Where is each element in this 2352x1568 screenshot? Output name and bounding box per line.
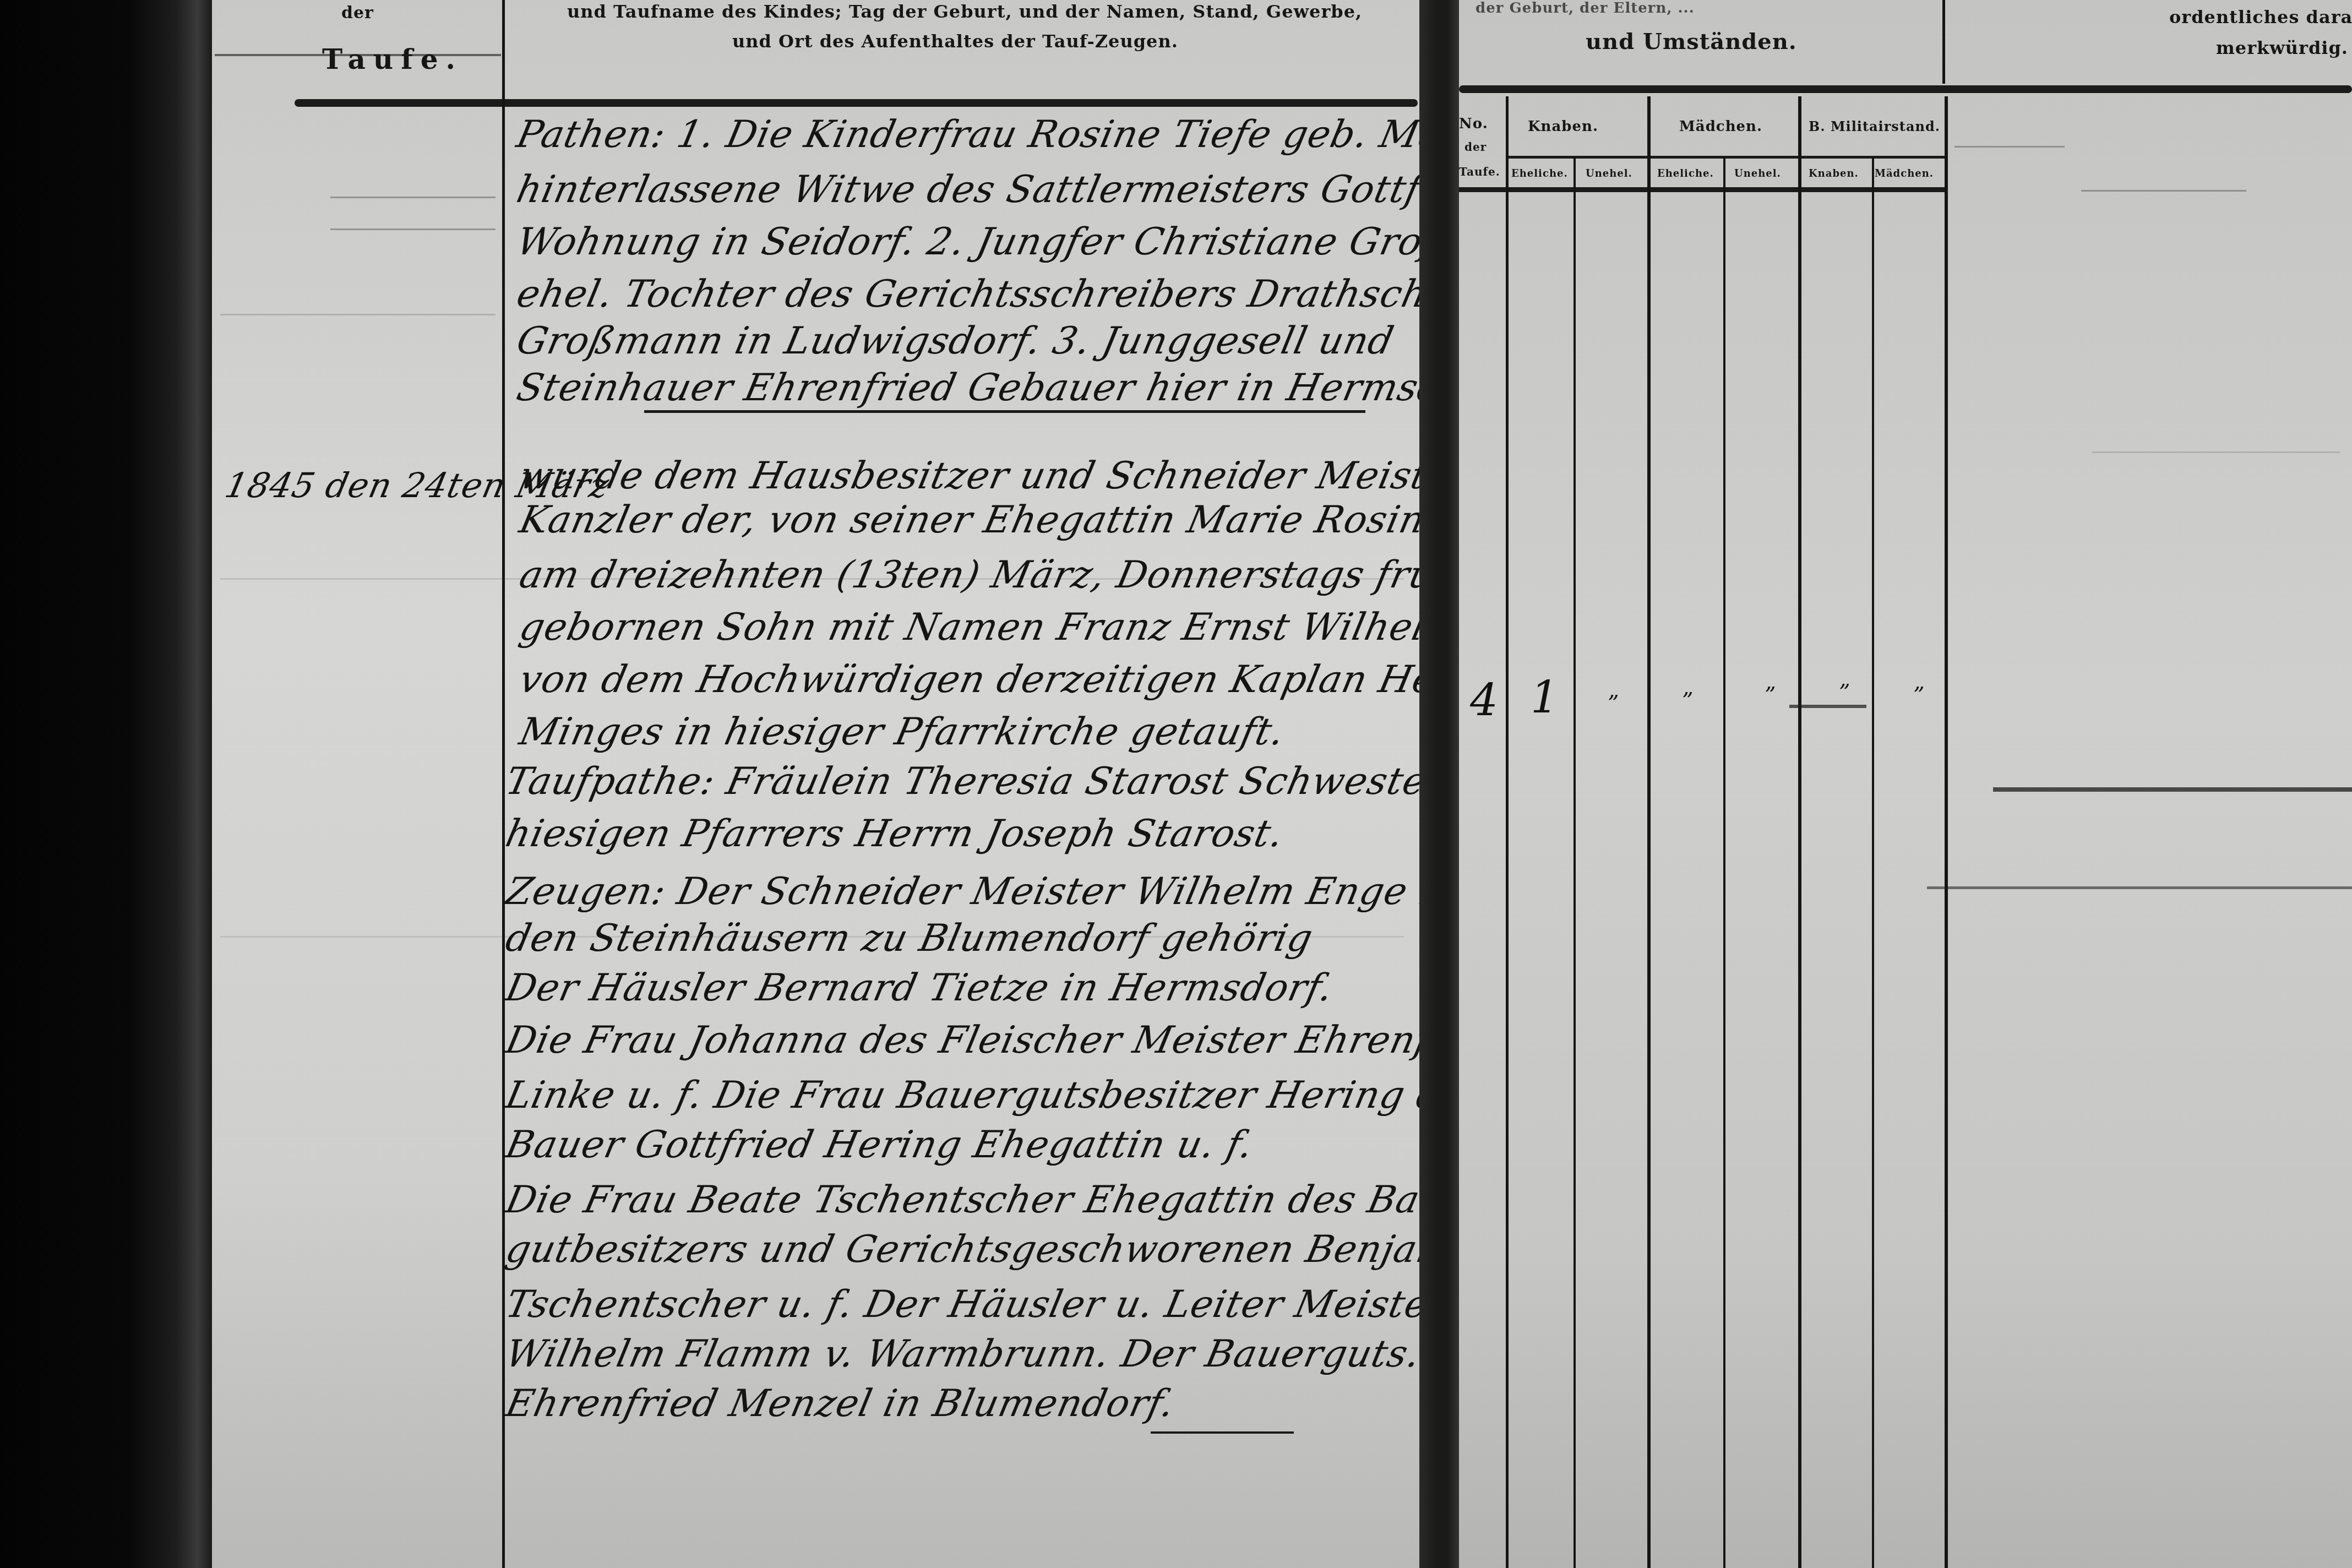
entry2-line15: Die Frau Beate Tschentscher Ehegattin de… [502,1178,1503,1222]
right-header-rule [1459,85,2352,93]
col-date-header-line2: Taufe. [322,43,463,75]
col-names-header-line1: und Taufname des Kindes; Tag der Geburt,… [567,1,1362,22]
col-line-knaben-sub [1574,157,1576,1568]
right-page [1459,0,2352,1568]
entry2-line13: Linke u. f. Die Frau Bauergutsbesitzer H… [502,1074,1489,1117]
header-rule-thin [215,54,501,56]
ruling-line [330,197,496,198]
col-line-maedchen-group [1798,96,1801,1568]
remarks-header: und Umständen. [1586,29,1797,55]
col-names-header-line2: und Ort des Aufenthaltes der Tauf-Zeugen… [732,31,1178,52]
book-gutter [1419,0,1459,1568]
row-knaben-ehel: 1 [1531,672,1559,723]
extra-header-line2: merkwürdig. [2216,37,2348,58]
subcol-maedchen-ehel: Eheliche. [1657,168,1714,179]
ruling-line [1954,146,2065,148]
entry-end-rule [1151,1431,1294,1434]
entry2-line18: Wilhelm Flamm v. Warmbrunn. Der Bauergut… [502,1332,1425,1376]
entry2-line14: Bauer Gottfried Hering Ehegattin u. f. [502,1123,1257,1167]
entry2-line10: den Steinhäusern zu Blumendorf gehörig [502,917,1317,960]
group-militair: B. Militairstand. [1809,118,1940,134]
row-mil-knaben: ” [1839,680,1850,705]
remarks-line [1927,886,2352,889]
entry2-line16: gutbesitzers und Gerichtsgeschworenen Be… [502,1228,1495,1271]
subcol-maedchen-unehel: Unehel. [1734,168,1781,179]
col-no-line1: No. [1459,116,1488,132]
col-no-line2: der [1464,140,1487,154]
entry2-line17: Tschentscher u. f. Der Häusler u. Leiter… [502,1283,1451,1326]
entry1-line1: Pathen: 1. Die Kinderfrau Rosine Tiefe g… [513,113,1538,156]
entry2-line12: Die Frau Johanna des Fleischer Meister E… [502,1019,1513,1062]
entry2-line19: Ehrenfried Menzel in Blumendorf. [502,1382,1179,1425]
ruling-line [220,314,496,315]
entry2-line9: Zeugen: Der Schneider Meister Wilhelm En… [502,870,1462,913]
row-knaben-unehel: ” [1608,691,1619,716]
entry2-line6: Minges in hiesiger Pfarrkirche getauft. [516,710,1289,754]
ruling-line [2092,451,2340,453]
col-line-table-end [1945,96,1948,1568]
entry2-line4: gebornen Sohn mit Namen Franz Ernst Wilh… [516,606,1466,649]
header-rule-thick [295,99,1418,107]
subcol-mil-knaben: Knaben. [1809,168,1859,179]
ruling-line [330,228,496,230]
col-date-header-line1: der [341,3,374,23]
col-line-mil-sub [1872,157,1874,1568]
entry1-line3: Wohnung in Seidorf. 2. Jungfer Christian… [513,220,1536,264]
row-maedchen-ehel: ” [1682,688,1693,714]
entry2-line7: Taufpathe: Fräulein Theresia Starost Sch… [502,760,1528,803]
header-divider-right [1942,0,1945,84]
entry1-line5: Großmann in Ludwigsdorf. 3. Junggesell u… [513,319,1398,363]
extra-header-line1: ordentliches daran gewesen, o [2169,7,2352,28]
book-edge-shadow [0,0,215,1568]
right-header-fragment: der Geburt, der Eltern, ... [1476,0,1695,17]
entry2-line11: Der Häusler Bernard Tietze in Hermsdorf. [502,966,1337,1010]
row-strike [1789,705,1866,708]
entry2-line8: hiesigen Pfarrers Herrn Joseph Starost. [502,812,1288,856]
group-knaben: Knaben. [1528,118,1598,135]
col-line-no [1506,96,1509,1568]
entry1-line6: Steinhauer Ehrenfried Gebauer hier in He… [513,366,1514,410]
subcol-mil-maedchen: Mädchen. [1875,168,1934,179]
row-maedchen-unehel: ” [1765,683,1776,708]
col-line-knaben-group [1647,96,1651,1568]
column-divider-date [502,0,505,1568]
subcol-knaben-ehel: Eheliche. [1511,168,1568,179]
group-maedchen: Mädchen. [1679,118,1762,135]
entry-separator [644,410,1365,413]
col-no-line3: Taufe. [1459,165,1500,178]
subcol-knaben-unehel: Unehel. [1586,168,1632,179]
row-no: 4 [1470,674,1498,726]
col-line-maedchen-sub [1723,157,1725,1568]
remarks-strike-line [1993,787,2352,792]
row-mil-maedchen: ” [1913,683,1924,708]
ruling-line [2081,190,2246,192]
